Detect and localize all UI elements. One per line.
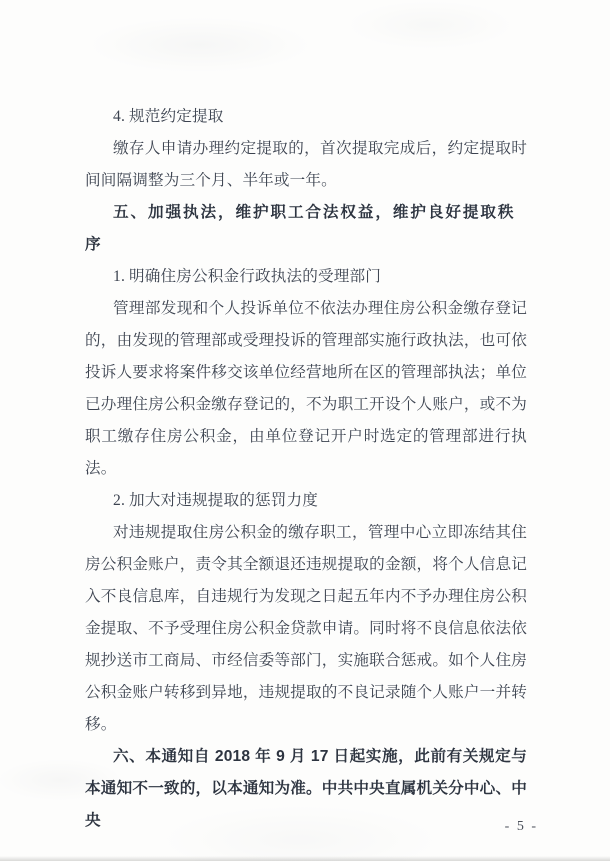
paragraph-enforcement-procedure: 管理部发现和个人投诉单位不依法办理住房公积金缴存登记的，由发现的管理部或受理投诉… bbox=[85, 293, 527, 485]
sub-heading-1-enforcement-departments: 1. 明确住房公积金行政执法的受理部门 bbox=[85, 261, 527, 293]
document-body: 4. 规范约定提取 缴存人申请办理约定提取的，首次提取完成后，约定提取时间间隔调… bbox=[85, 101, 527, 837]
paragraph-scheduled-withdrawal-interval: 缴存人申请办理约定提取的，首次提取完成后，约定提取时间间隔调整为三个月、半年或一… bbox=[85, 133, 527, 197]
scan-bottom-edge bbox=[0, 856, 610, 861]
scanned-document-page: 4. 规范约定提取 缴存人申请办理约定提取的，首次提取完成后，约定提取时间间隔调… bbox=[0, 0, 610, 861]
sub-heading-4-standardize-scheduled-withdrawal: 4. 规范约定提取 bbox=[85, 101, 527, 133]
page-number: - 5 - bbox=[505, 819, 538, 835]
sub-heading-2-penalties-for-violations: 2. 加大对违规提取的惩罚力度 bbox=[85, 485, 527, 517]
paragraph-6-effective-date: 六、本通知自 2018 年 9 月 17 日起实施，此前有关规定与本通知不一致的… bbox=[85, 741, 527, 837]
paragraph-violation-penalties: 对违规提取住房公积金的缴存职工，管理中心立即冻结其住房公积金账户，责令其全额退还… bbox=[85, 517, 527, 741]
section-heading-5-strengthen-enforcement: 五、加强执法，维护职工合法权益，维护良好提取秩序 bbox=[85, 197, 527, 261]
